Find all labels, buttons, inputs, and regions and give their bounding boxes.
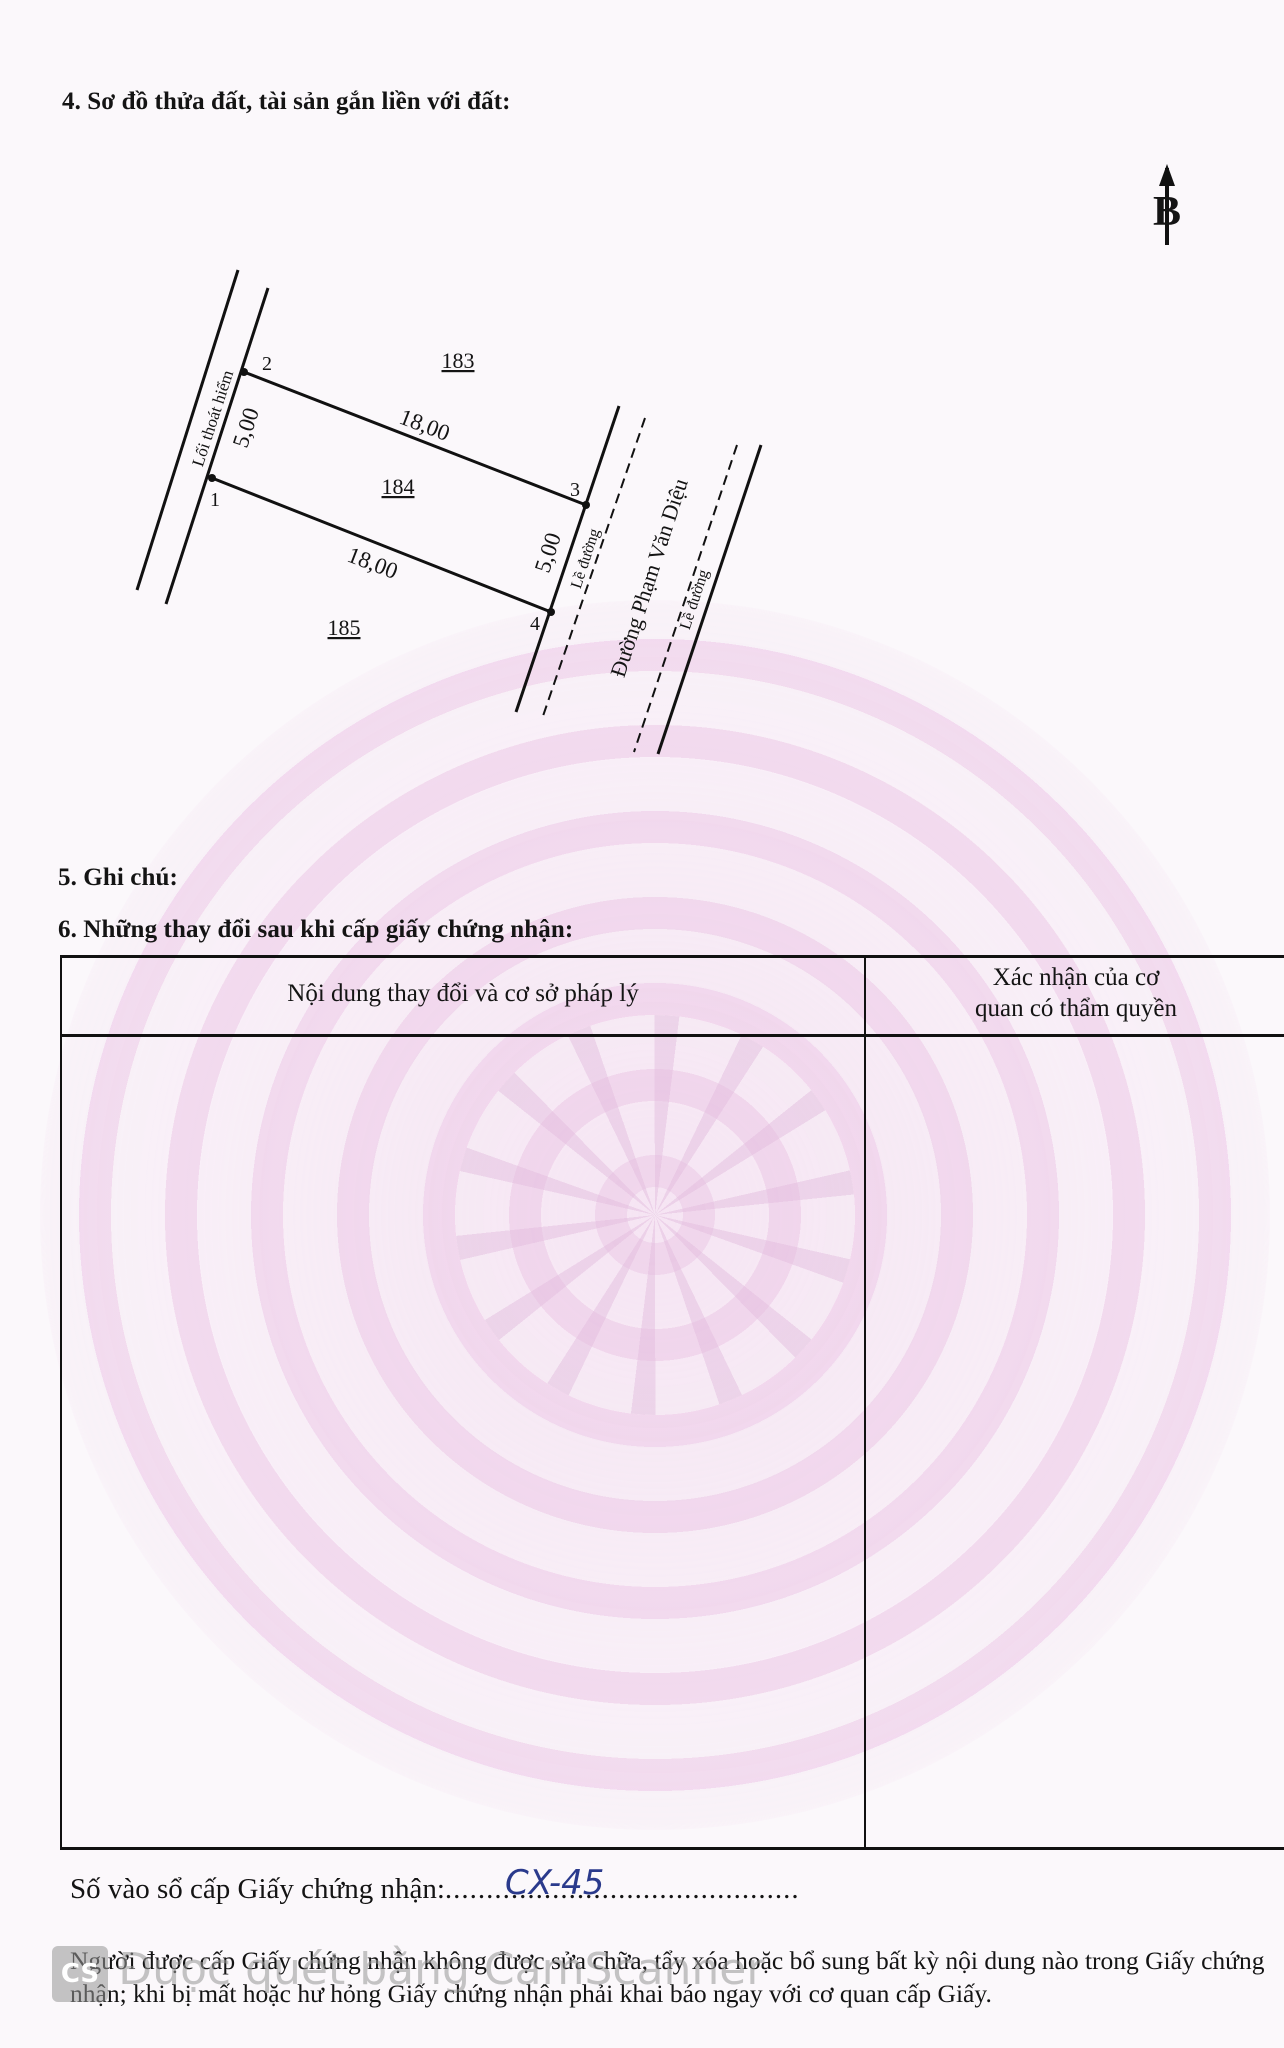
section-6-heading: 6. Những thay đổi sau khi cấp giấy chứng… [58,916,573,944]
camscanner-logo-icon: CS [52,1946,108,2002]
north-arrow-icon: B [1153,164,1181,245]
svg-text:2: 2 [262,353,272,375]
certificate-register: Số vào sổ cấp Giấy chứng nhận:..........… [70,1873,800,1906]
table-header-divider [62,1034,1284,1037]
svg-text:4: 4 [530,613,540,635]
escape-path-label: Lối thoát hiểm [188,368,237,469]
parcel-185: 185 [328,615,361,640]
svg-text:5,00: 5,00 [530,530,566,576]
parcel-183: 183 [442,348,475,373]
table-header-confirmation: Xác nhận của cơquan có thẩm quyền [866,962,1284,1024]
camscanner-watermark: Được quét bằng CamScanner [118,1944,764,1995]
sidewalk-left-label: Lề đường [568,526,603,590]
land-plot-diagram: B 2 1 3 4 183 184 185 18,00 18,00 5,00 5… [0,0,1284,800]
table-column-divider [864,958,866,1847]
svg-text:18,00: 18,00 [396,404,453,446]
section-5-heading: 5. Ghi chú: [58,864,178,892]
changes-table: Nội dung thay đổi và cơ sở pháp lý Xác n… [60,955,1284,1850]
north-label: B [1153,189,1181,235]
svg-text:5,00: 5,00 [228,405,264,451]
register-label: Số vào sổ cấp Giấy chứng nhận: [70,1873,445,1905]
parcel-184: 184 [382,474,415,499]
table-header-content: Nội dung thay đổi và cơ sở pháp lý [62,978,864,1009]
register-value: CX-45 [505,1863,604,1903]
sidewalk-right-label: Lề đường [677,567,712,631]
svg-text:3: 3 [570,479,580,501]
svg-text:1: 1 [210,489,220,511]
street-label: Đường Phạm Văn Diệu [605,475,693,680]
